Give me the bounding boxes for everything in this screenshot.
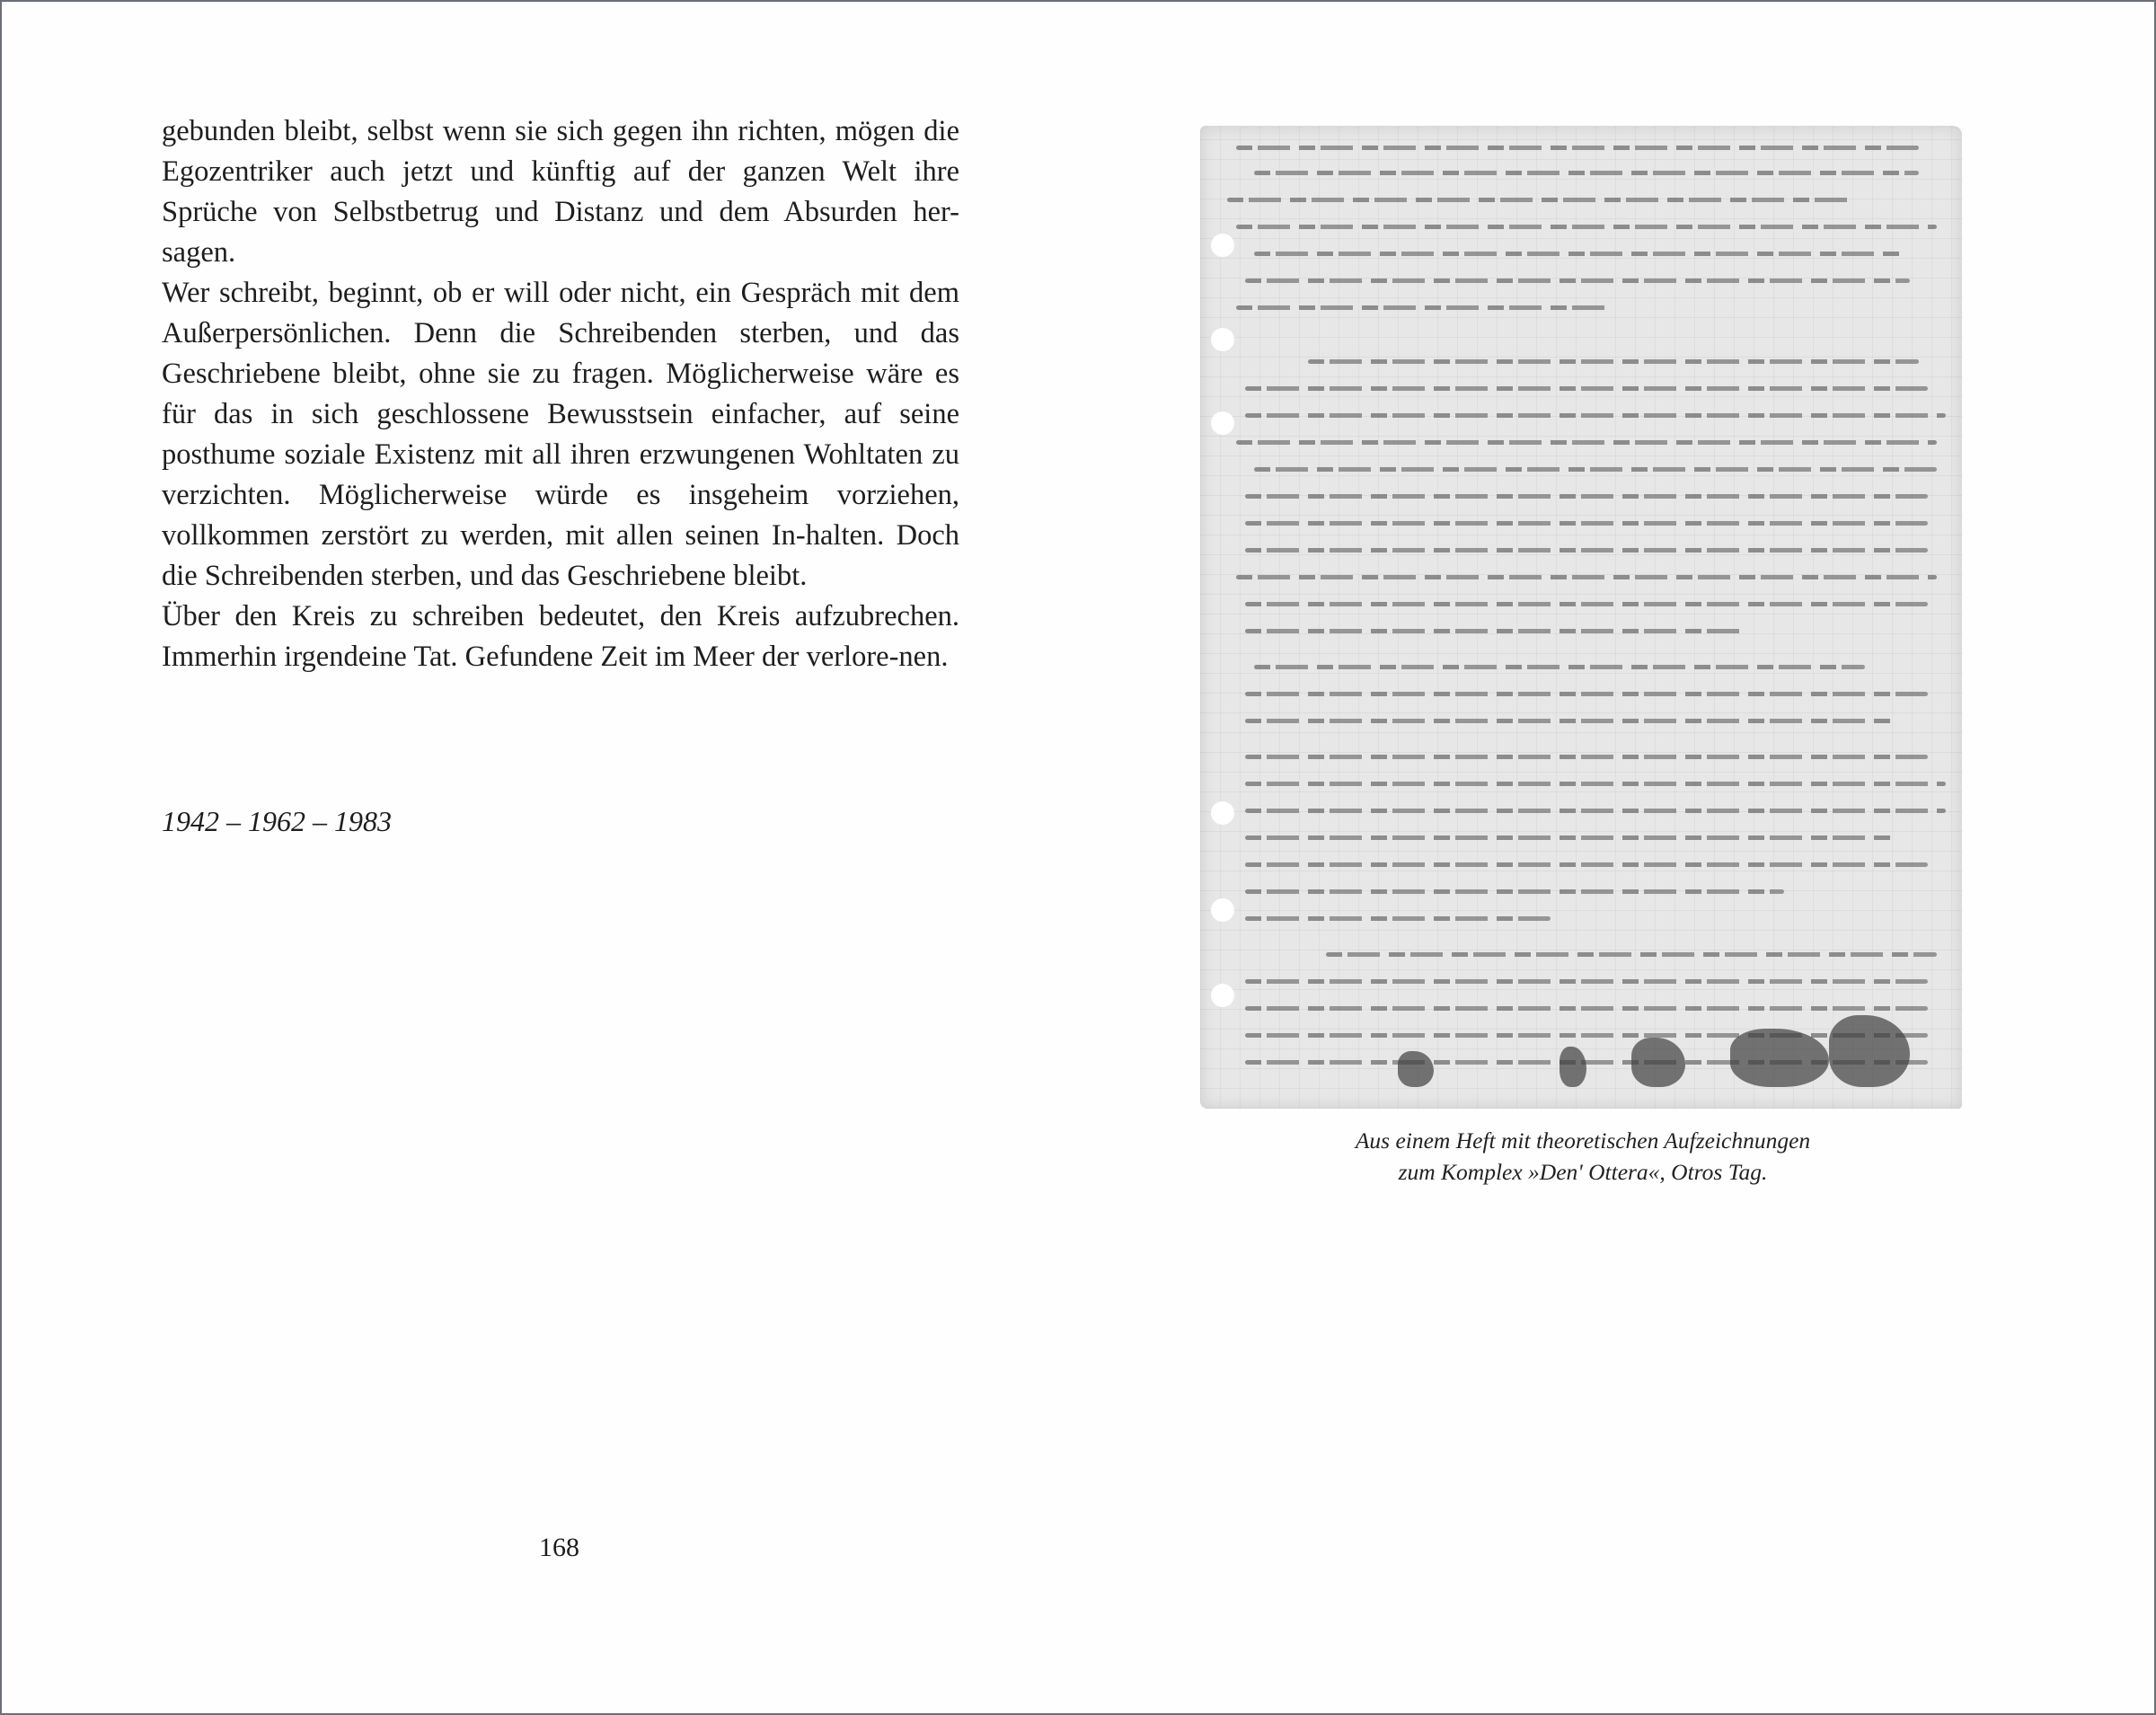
paragraph-2: Wer schreibt, beginnt, ob er will oder n… — [162, 273, 959, 597]
paragraph-1: gebunden bleibt, selbst wenn sie sich ge… — [162, 111, 959, 273]
figure-caption: Aus einem Heft mit theoretischen Aufzeic… — [1259, 1125, 1906, 1188]
punch-hole — [1211, 898, 1234, 922]
doodle-drawing — [1560, 1047, 1586, 1087]
punch-hole — [1211, 234, 1234, 257]
notebook-grid — [1200, 126, 1962, 1109]
punch-hole — [1211, 328, 1234, 351]
manuscript-image — [1200, 126, 1962, 1109]
punch-hole — [1211, 411, 1234, 435]
caption-line-1: Aus einem Heft mit theoretischen Aufzeic… — [1259, 1125, 1906, 1156]
doodle-drawing — [1398, 1051, 1434, 1087]
caption-line-2: zum Komplex »Den' Ottera«, Otros Tag. — [1259, 1156, 1906, 1188]
dates-line: 1942 – 1962 – 1983 — [162, 805, 392, 838]
paragraph-3: Über den Kreis zu schreiben bedeutet, de… — [162, 597, 959, 677]
book-spread: gebunden bleibt, selbst wenn sie sich ge… — [0, 0, 2156, 1715]
punch-hole — [1211, 984, 1234, 1007]
punch-hole — [1211, 801, 1234, 825]
left-page-text: gebunden bleibt, selbst wenn sie sich ge… — [162, 111, 959, 677]
page-number: 168 — [539, 1533, 579, 1563]
